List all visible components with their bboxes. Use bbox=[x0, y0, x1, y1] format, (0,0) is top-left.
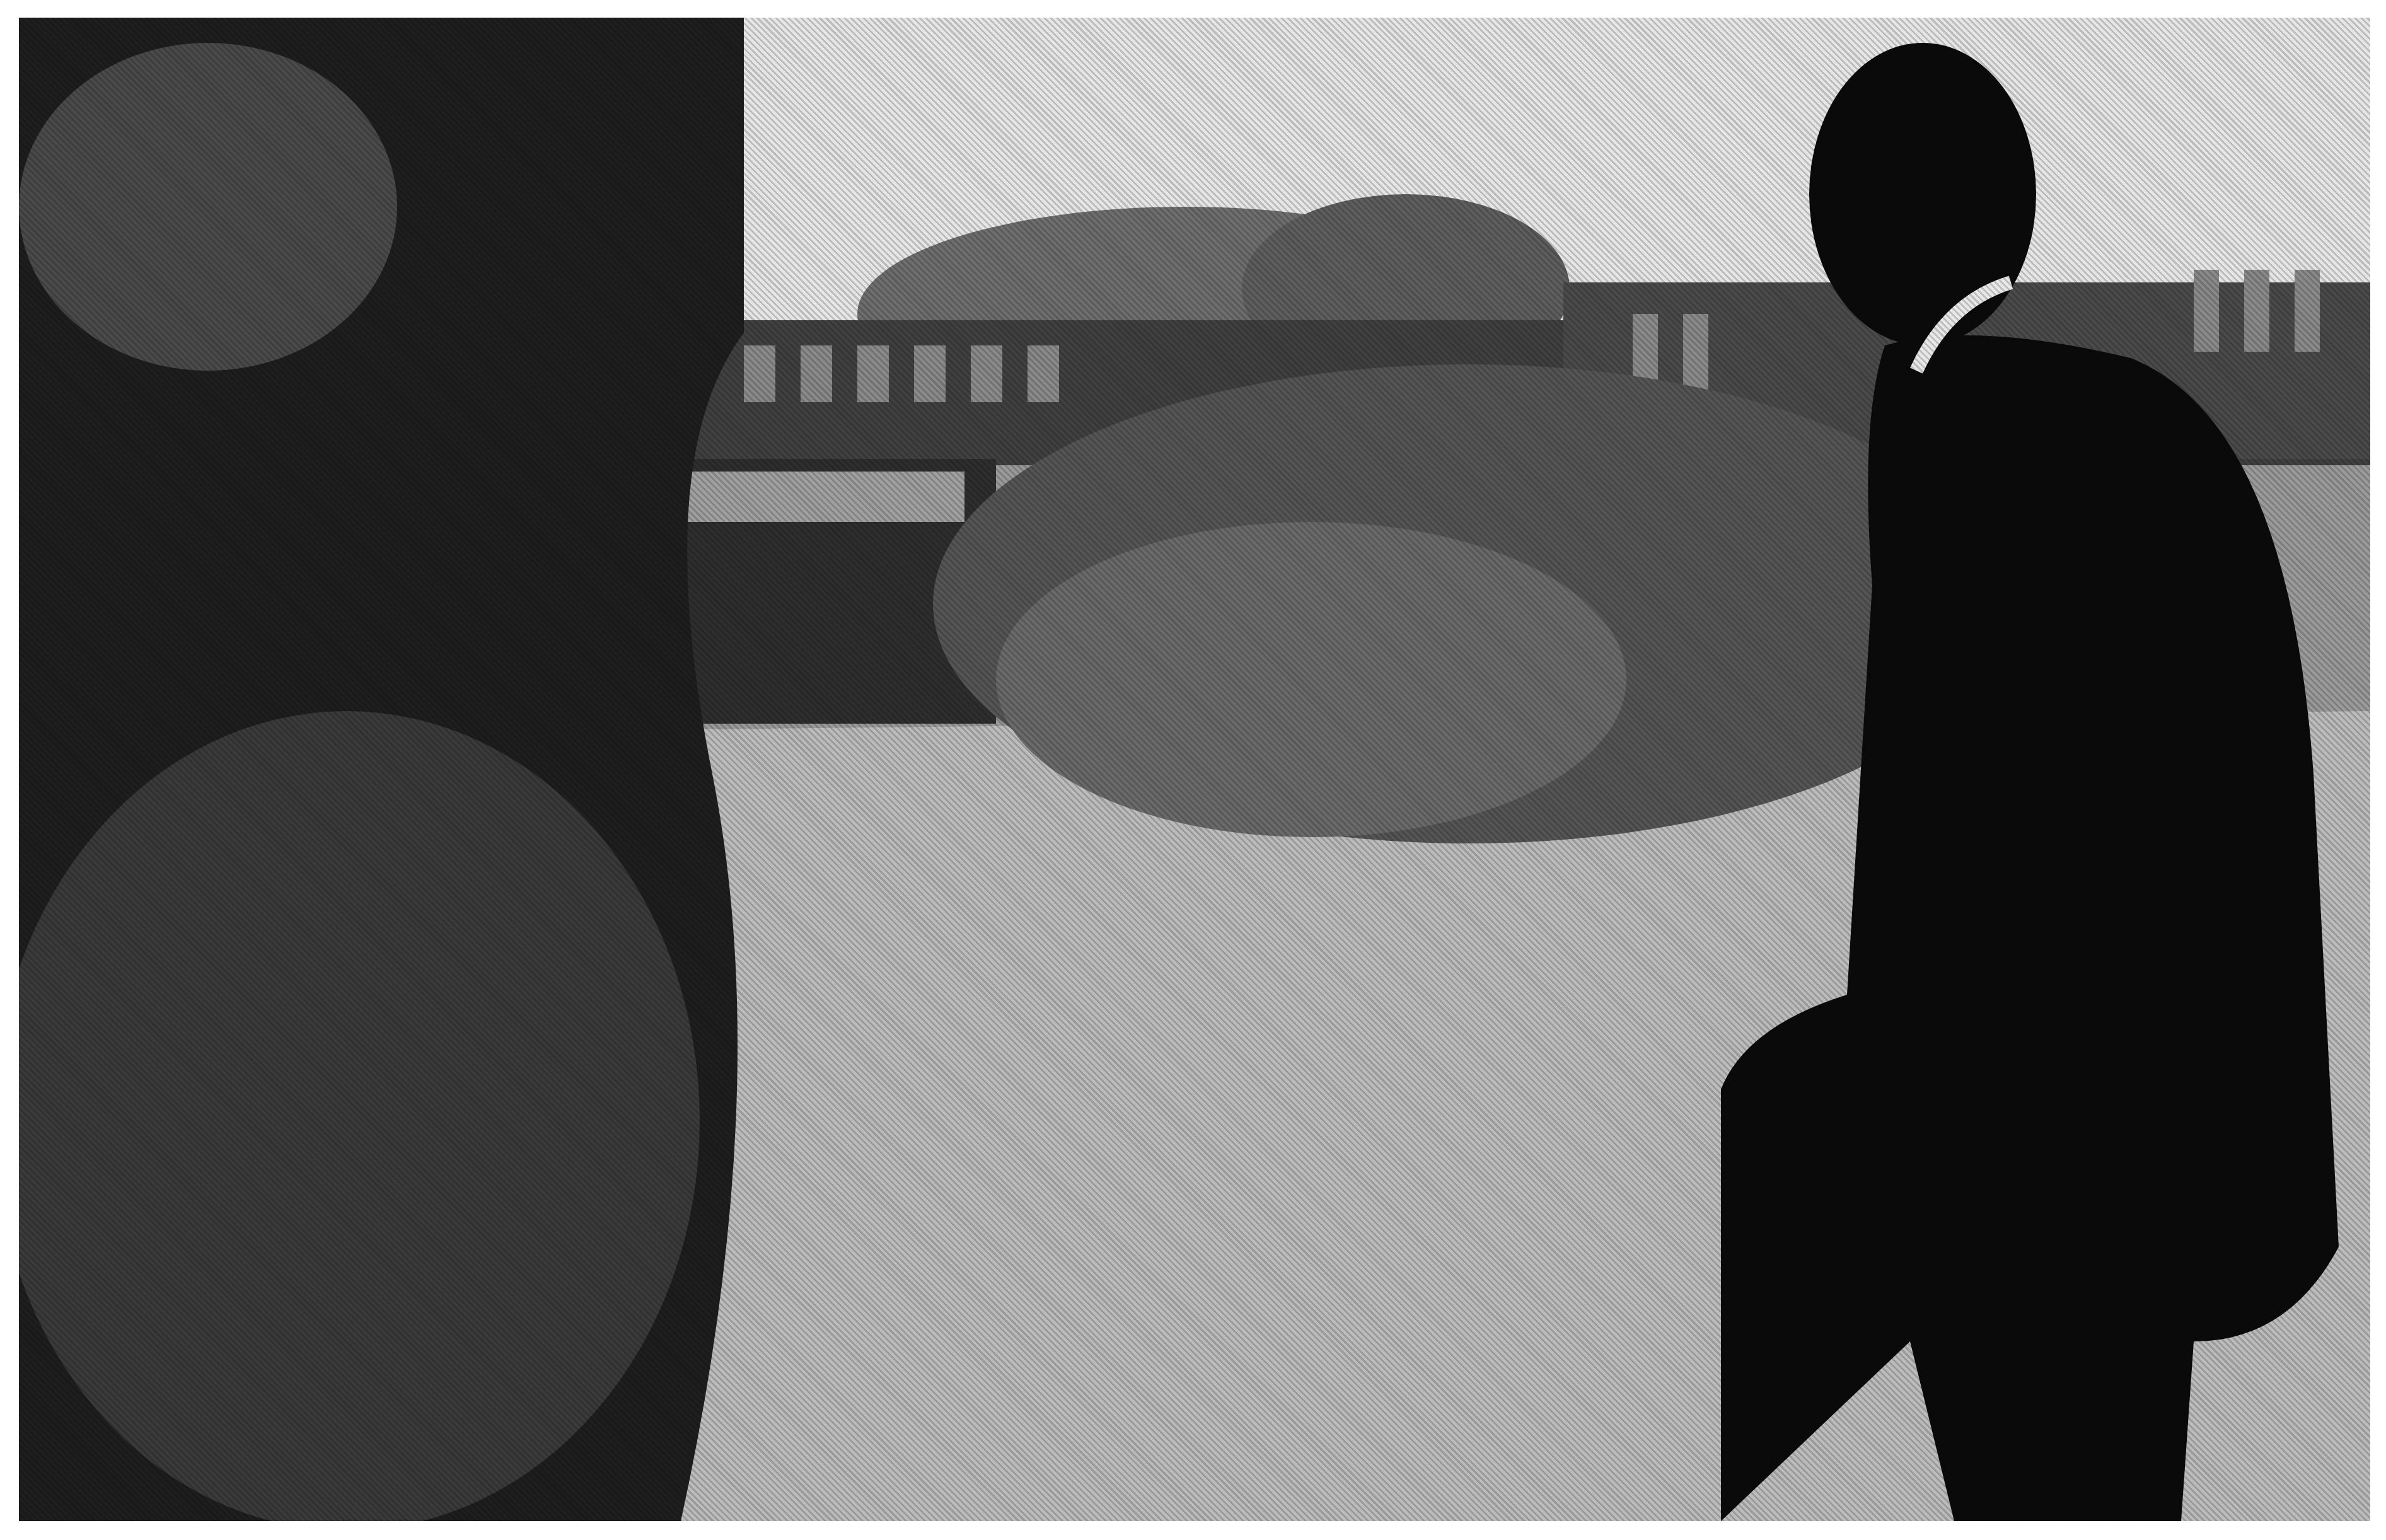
photo-scene bbox=[19, 18, 2370, 1521]
newspaper-photo bbox=[19, 18, 2370, 1521]
man-head bbox=[1809, 43, 2036, 345]
